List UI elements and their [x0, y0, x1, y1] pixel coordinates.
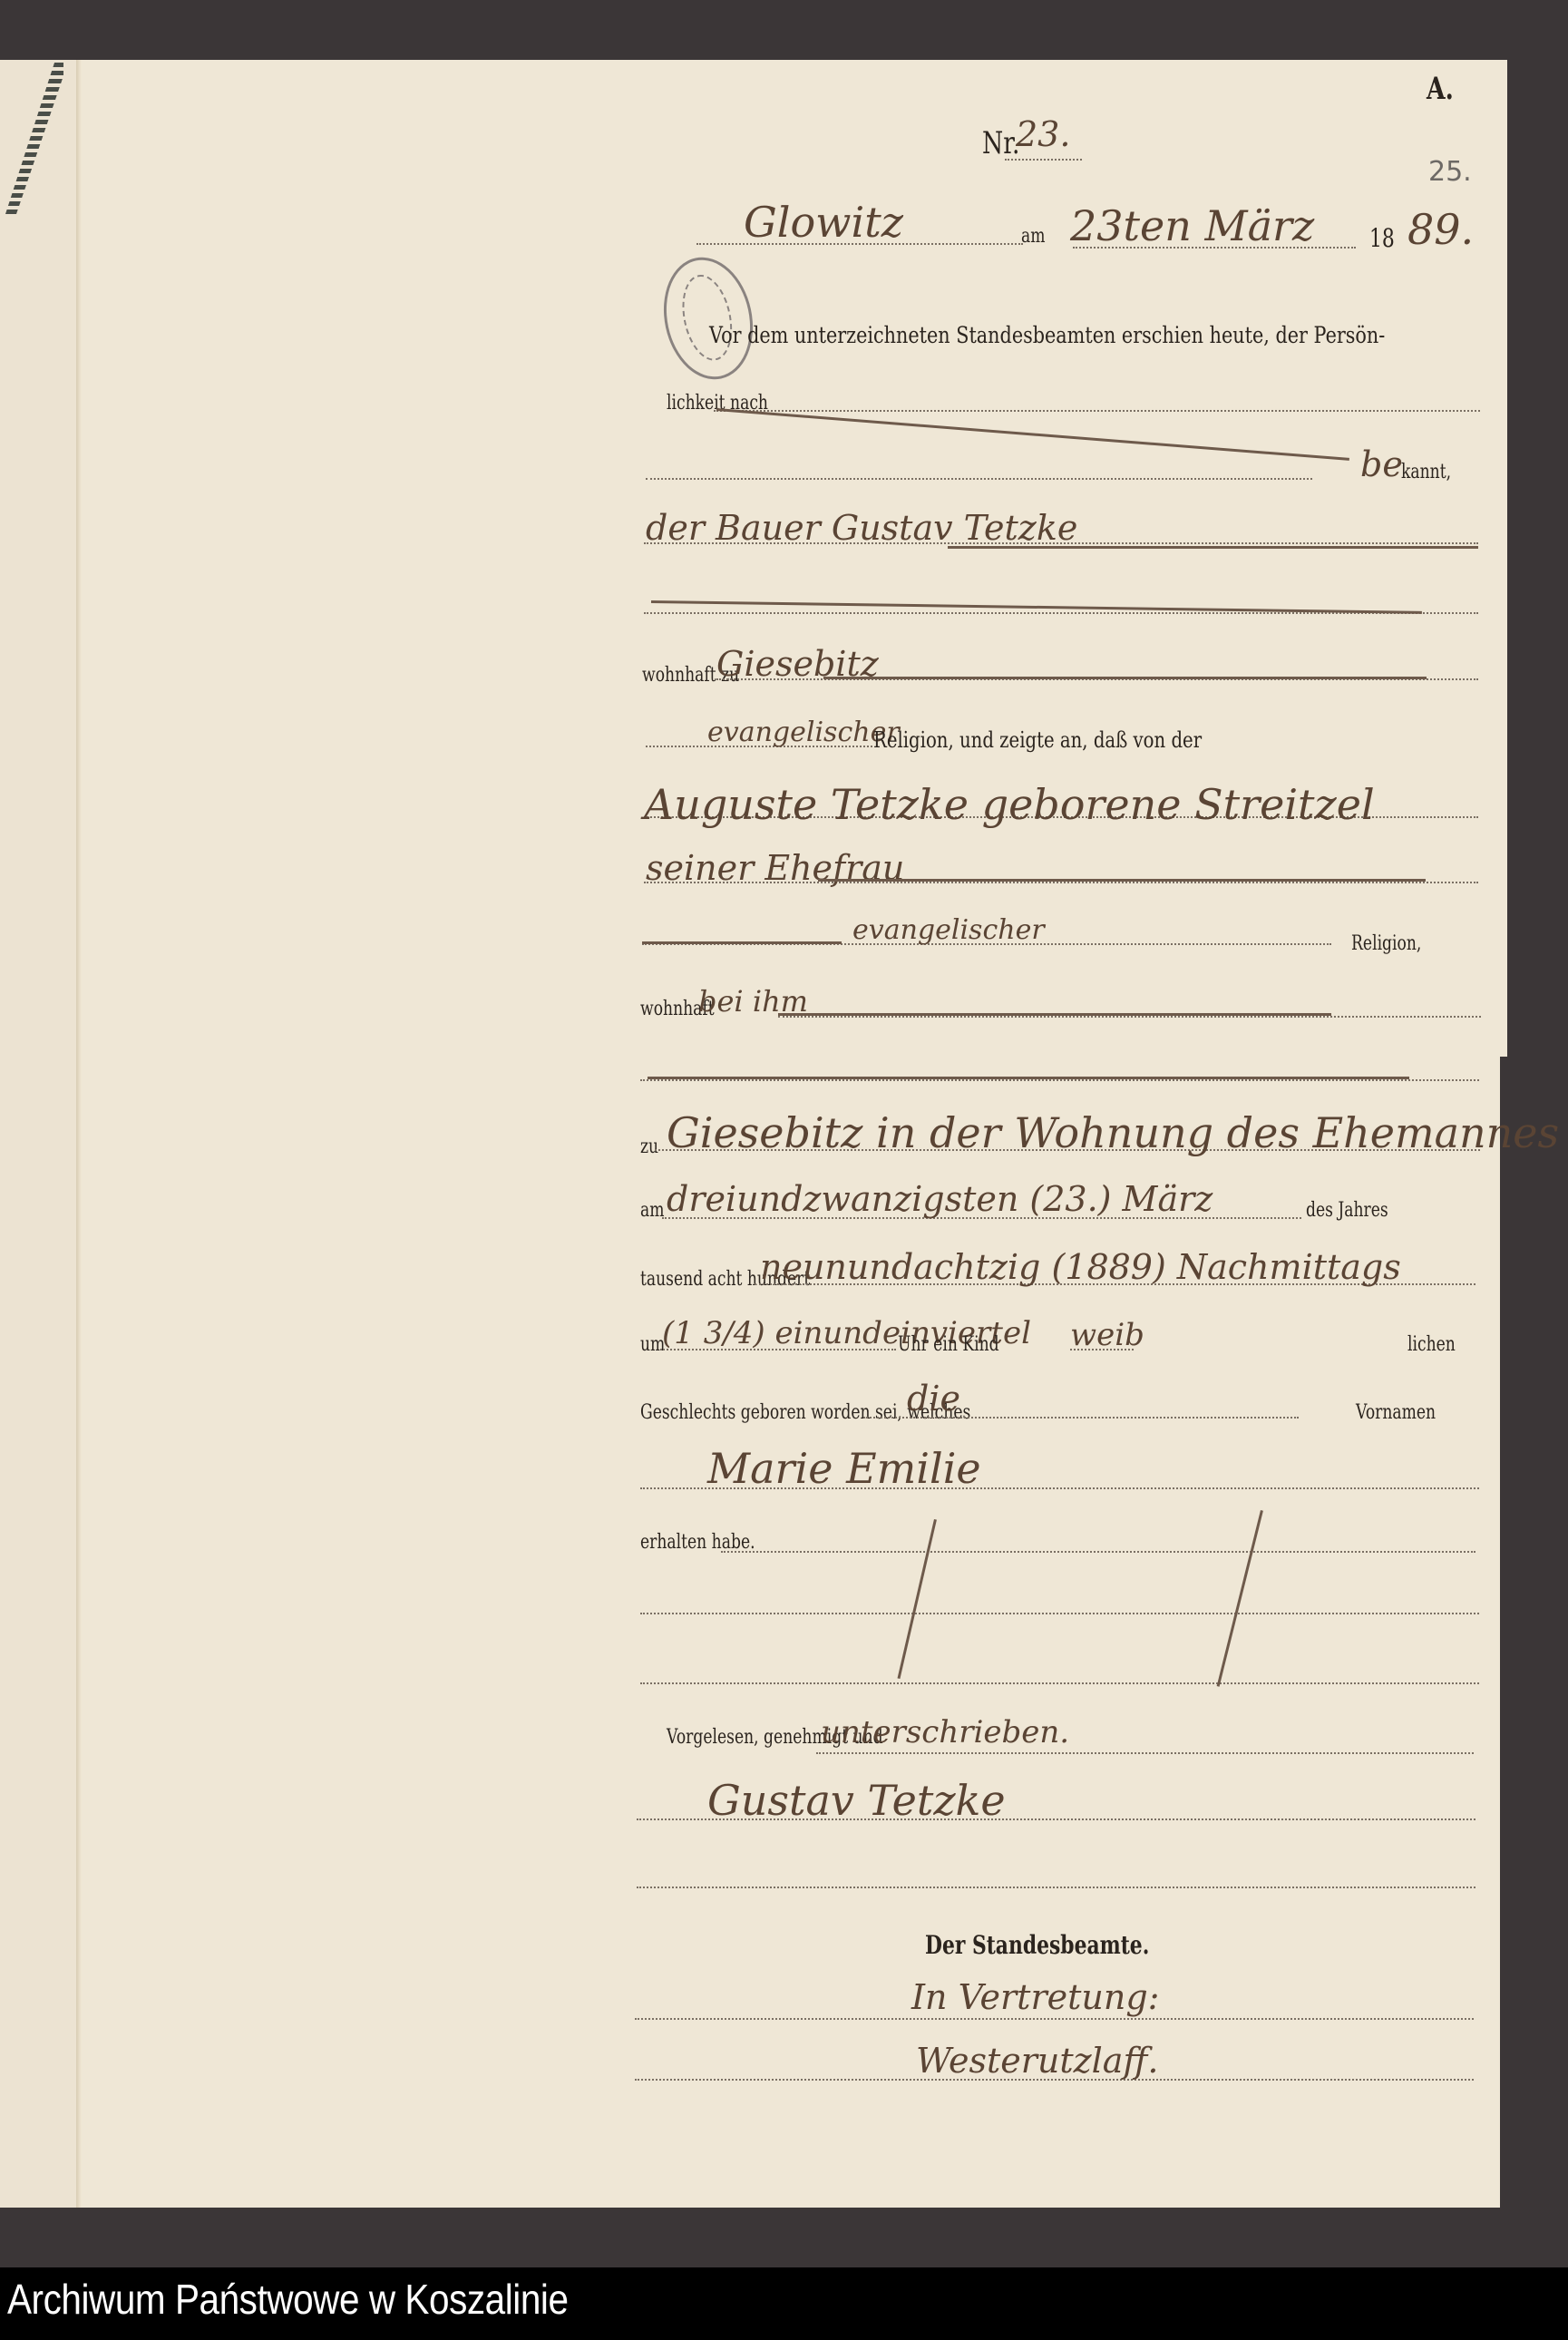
bekannt-label: kannt,: [1401, 461, 1451, 483]
official-signature-line2: Westerutzlaff.: [916, 2041, 1158, 2081]
place-of-registration: Glowitz: [744, 198, 903, 247]
bekannt-handwritten: be: [1360, 444, 1403, 484]
zu-label: zu: [640, 1136, 658, 1158]
article: die: [907, 1379, 960, 1419]
religion-text: Religion, und zeigte an, daß von der: [873, 727, 1202, 753]
registration-date: 23ten März: [1070, 201, 1314, 250]
form-letter: A.: [1427, 71, 1454, 107]
mother-religion: evangelischer: [852, 914, 1045, 946]
child-sex: weib: [1070, 1317, 1144, 1353]
left-page-edge: [0, 60, 76, 2208]
informant-name: der Bauer Gustav Tetzke: [646, 508, 1077, 548]
page-edge-notch: [1500, 1057, 1509, 2208]
informant-religion: evangelischer: [707, 717, 900, 748]
child-given-names: Marie Emilie: [707, 1444, 981, 1493]
archive-caption-bar: Archiwum Państwowe w Koszalinie: [0, 2267, 1568, 2340]
lichen-label: lichen: [1407, 1333, 1456, 1356]
intro-text: Vor dem unterzeichneten Standesbeamten e…: [709, 322, 1385, 348]
official-signature-line1: In Vertretung:: [911, 1977, 1159, 2017]
archive-caption: Archiwum Państwowe w Koszalinie: [7, 2275, 569, 2324]
informant-signature: Gustav Tetzke: [707, 1776, 1006, 1825]
page-number: 25.: [1428, 156, 1472, 188]
mother-role: seiner Ehefrau: [646, 848, 904, 888]
birth-place: Giesebitz in der Wohnung des Ehemannes: [667, 1108, 1559, 1157]
entry-number-label: Nr.: [982, 125, 1019, 161]
entry-number: 23.: [1016, 114, 1070, 154]
mother-religion-label: Religion,: [1351, 932, 1421, 955]
birth-year-words: neunundachtzig (1889) Nachmittags: [760, 1247, 1401, 1287]
official-title: Der Standesbeamte.: [925, 1930, 1149, 1960]
year-prefix: 18: [1369, 223, 1395, 253]
date-label: am: [1021, 225, 1046, 248]
unterschrieben-hand: unterschrieben.: [821, 1714, 1069, 1750]
mother-name: Auguste Tetzke geborene Streitzel: [644, 780, 1375, 829]
year-suffix: 89.: [1407, 205, 1474, 254]
vornamen-label: Vornamen: [1356, 1401, 1436, 1424]
am-label: am: [640, 1199, 665, 1222]
color-calibration-strip: [5, 60, 63, 214]
uhr-label: Uhr ein Kind: [898, 1333, 999, 1356]
birth-date: dreiundzwanzigsten (23.) März: [667, 1179, 1213, 1219]
des-jahres-label: des Jahres: [1306, 1199, 1388, 1222]
